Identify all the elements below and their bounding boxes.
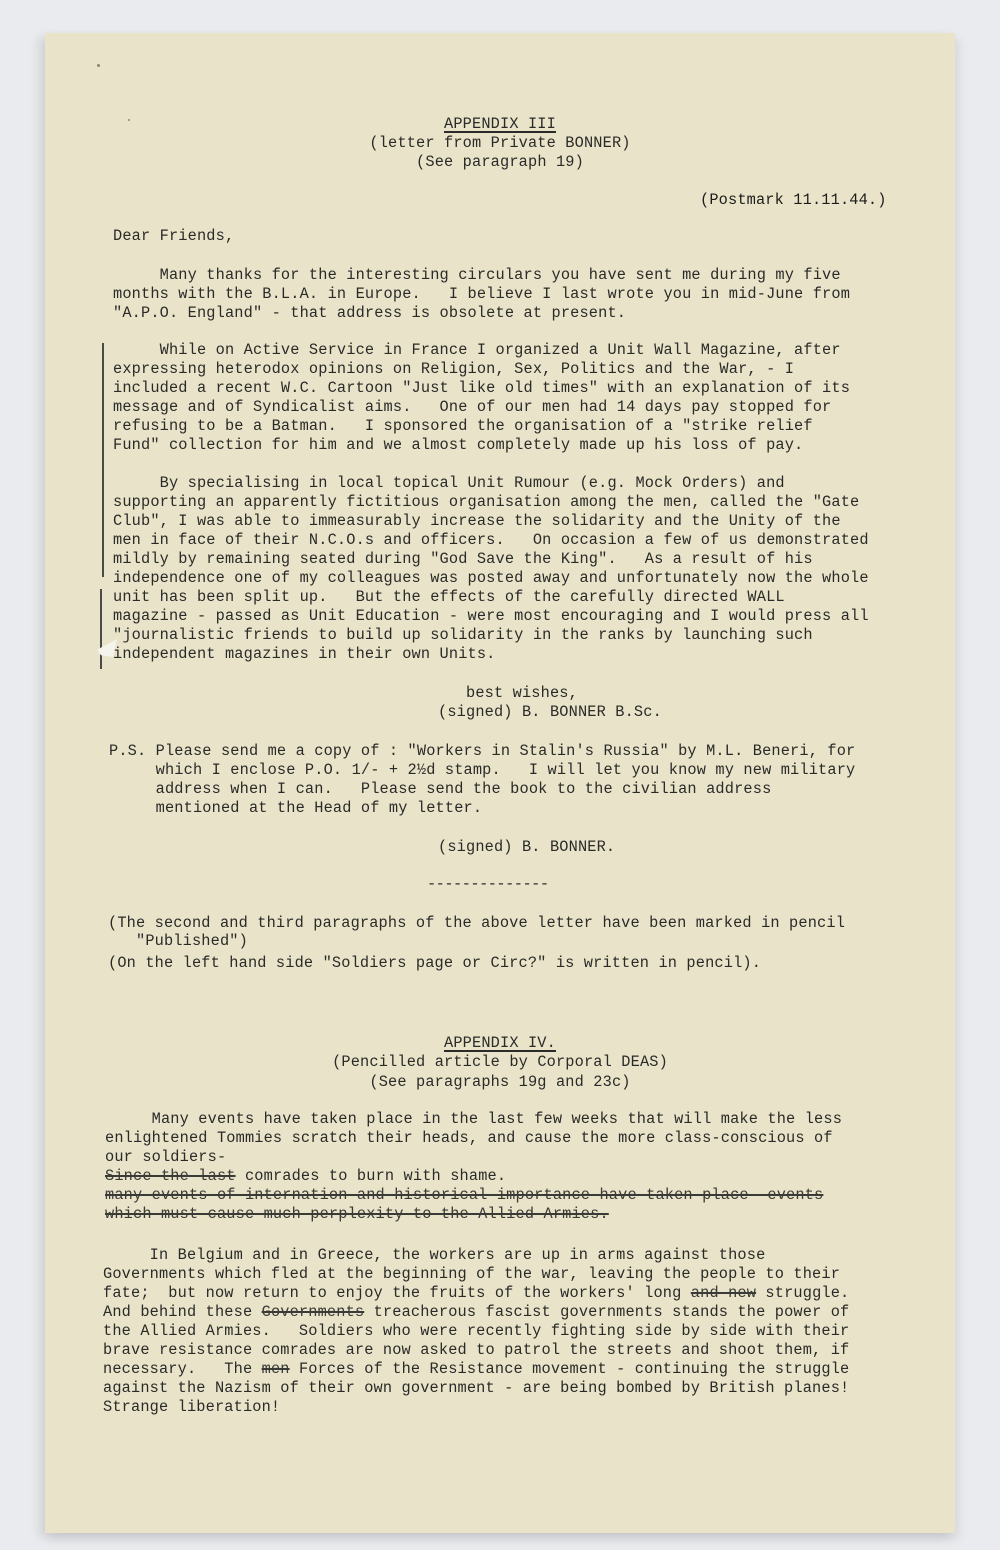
pencil-margin-line	[102, 343, 104, 577]
text-line: Many events have taken place in the last…	[105, 1110, 842, 1129]
text-line: mildly by remaining seated during "God S…	[113, 550, 813, 569]
text-line: which I enclose P.O. 1/- + 2½d stamp. I …	[109, 761, 855, 780]
separator: --------------	[427, 875, 549, 894]
text-line: And behind these Governments treacherous…	[103, 1303, 849, 1322]
text-line: "A.P.O. England" - that address is obsol…	[113, 304, 626, 323]
signature: (signed) B. BONNER B.Sc.	[438, 703, 662, 722]
text-line: supporting an apparently fictitious orga…	[113, 493, 859, 512]
appendix-iv-reference: (See paragraphs 19g and 23c)	[45, 1073, 955, 1092]
text-span: Forces of the Resistance movement - cont…	[290, 1360, 850, 1378]
text-line: By specialising in local topical Unit Ru…	[113, 474, 785, 493]
text-line: Since-the-last comrades to burn with sha…	[105, 1167, 506, 1186]
text-line: unit has been split up. But the effects …	[113, 588, 785, 607]
text-line: mentioned at the Head of my letter.	[109, 799, 482, 818]
ps-signature: (signed) B. BONNER.	[438, 838, 615, 857]
struck-text: Since-the-last	[105, 1167, 236, 1185]
document-page: APPENDIX III (letter from Private BONNER…	[45, 33, 955, 1533]
text-line: (The second and third paragraphs of the …	[108, 914, 845, 933]
appendix-iii-subtitle: (letter from Private BONNER)	[45, 134, 955, 153]
salutation: Dear Friends,	[113, 227, 234, 246]
text-line: Club", I was able to immeasurably increa…	[113, 512, 841, 531]
text-line: "Published")	[108, 932, 248, 951]
text-line: included a recent W.C. Cartoon "Just lik…	[113, 379, 850, 398]
text-line: independent magazines in their own Units…	[113, 645, 496, 664]
text-span: And behind these	[103, 1303, 262, 1321]
postmark: (Postmark 11.11.44.)	[700, 191, 887, 210]
paper-speck	[97, 64, 100, 67]
text-line: "journalistic friends to build up solida…	[113, 626, 813, 645]
struck-line: which-must-cause-much-perplexity-to-the-…	[105, 1205, 609, 1224]
text-line: our soldiers-	[105, 1148, 226, 1167]
text-line: (On the left hand side "Soldiers page or…	[108, 954, 761, 973]
text-line: brave resistance comrades are now asked …	[103, 1341, 849, 1360]
text-line: independence one of my colleagues was po…	[113, 569, 869, 588]
text-line: fate; but now return to enjoy the fruits…	[103, 1284, 849, 1303]
struck-text: men	[262, 1360, 290, 1378]
text-line: In Belgium and in Greece, the workers ar…	[103, 1246, 765, 1265]
appendix-iv-title: APPENDIX IV.	[45, 1034, 955, 1053]
text-line: message and of Syndicalist aims. One of …	[113, 398, 831, 417]
text-span: necessary. The	[103, 1360, 262, 1378]
struck-text: and-new	[691, 1284, 756, 1302]
text-line: P.S. Please send me a copy of : "Workers…	[109, 742, 855, 761]
text-span: fate; but now return to enjoy the fruits…	[103, 1284, 691, 1302]
text-line: While on Active Service in France I orga…	[113, 341, 841, 360]
text-line: Strange liberation!	[103, 1398, 280, 1417]
appendix-iv-subtitle: (Pencilled article by Corporal DEAS)	[45, 1053, 955, 1072]
text-line: Fund" collection for him and we almost c…	[113, 436, 803, 455]
paper-speck	[128, 119, 130, 121]
text-line: enlightened Tommies scratch their heads,…	[105, 1129, 833, 1148]
text-line: address when I can. Please send the book…	[109, 780, 771, 799]
text-line: men in face of their N.C.O.s and officer…	[113, 531, 869, 550]
text-line: magazine - passed as Unit Education - we…	[113, 607, 869, 626]
text-span: struggle.	[756, 1284, 849, 1302]
appendix-iii-title: APPENDIX III	[45, 115, 955, 134]
struck-text: Governments	[262, 1303, 365, 1321]
text-line: Governments which fled at the beginning …	[103, 1265, 840, 1284]
text-line: months with the B.L.A. in Europe. I beli…	[113, 285, 850, 304]
text-line: against the Nazism of their own governme…	[103, 1379, 849, 1398]
struck-line: many-events-of-internation-and-historica…	[105, 1186, 823, 1205]
pencil-margin-line	[100, 589, 102, 669]
text-line: Many thanks for the interesting circular…	[113, 266, 841, 285]
text-span: treacherous fascist governments stands t…	[364, 1303, 849, 1321]
text-line: expressing heterodox opinions on Religio…	[113, 360, 794, 379]
text-span: comrades to burn with shame.	[236, 1167, 507, 1185]
text-line: necessary. The men Forces of the Resista…	[103, 1360, 849, 1379]
closing: best wishes,	[466, 684, 578, 703]
text-line: the Allied Armies. Soldiers who were rec…	[103, 1322, 849, 1341]
appendix-iii-reference: (See paragraph 19)	[45, 153, 955, 172]
text-line: refusing to be a Batman. I sponsored the…	[113, 417, 813, 436]
